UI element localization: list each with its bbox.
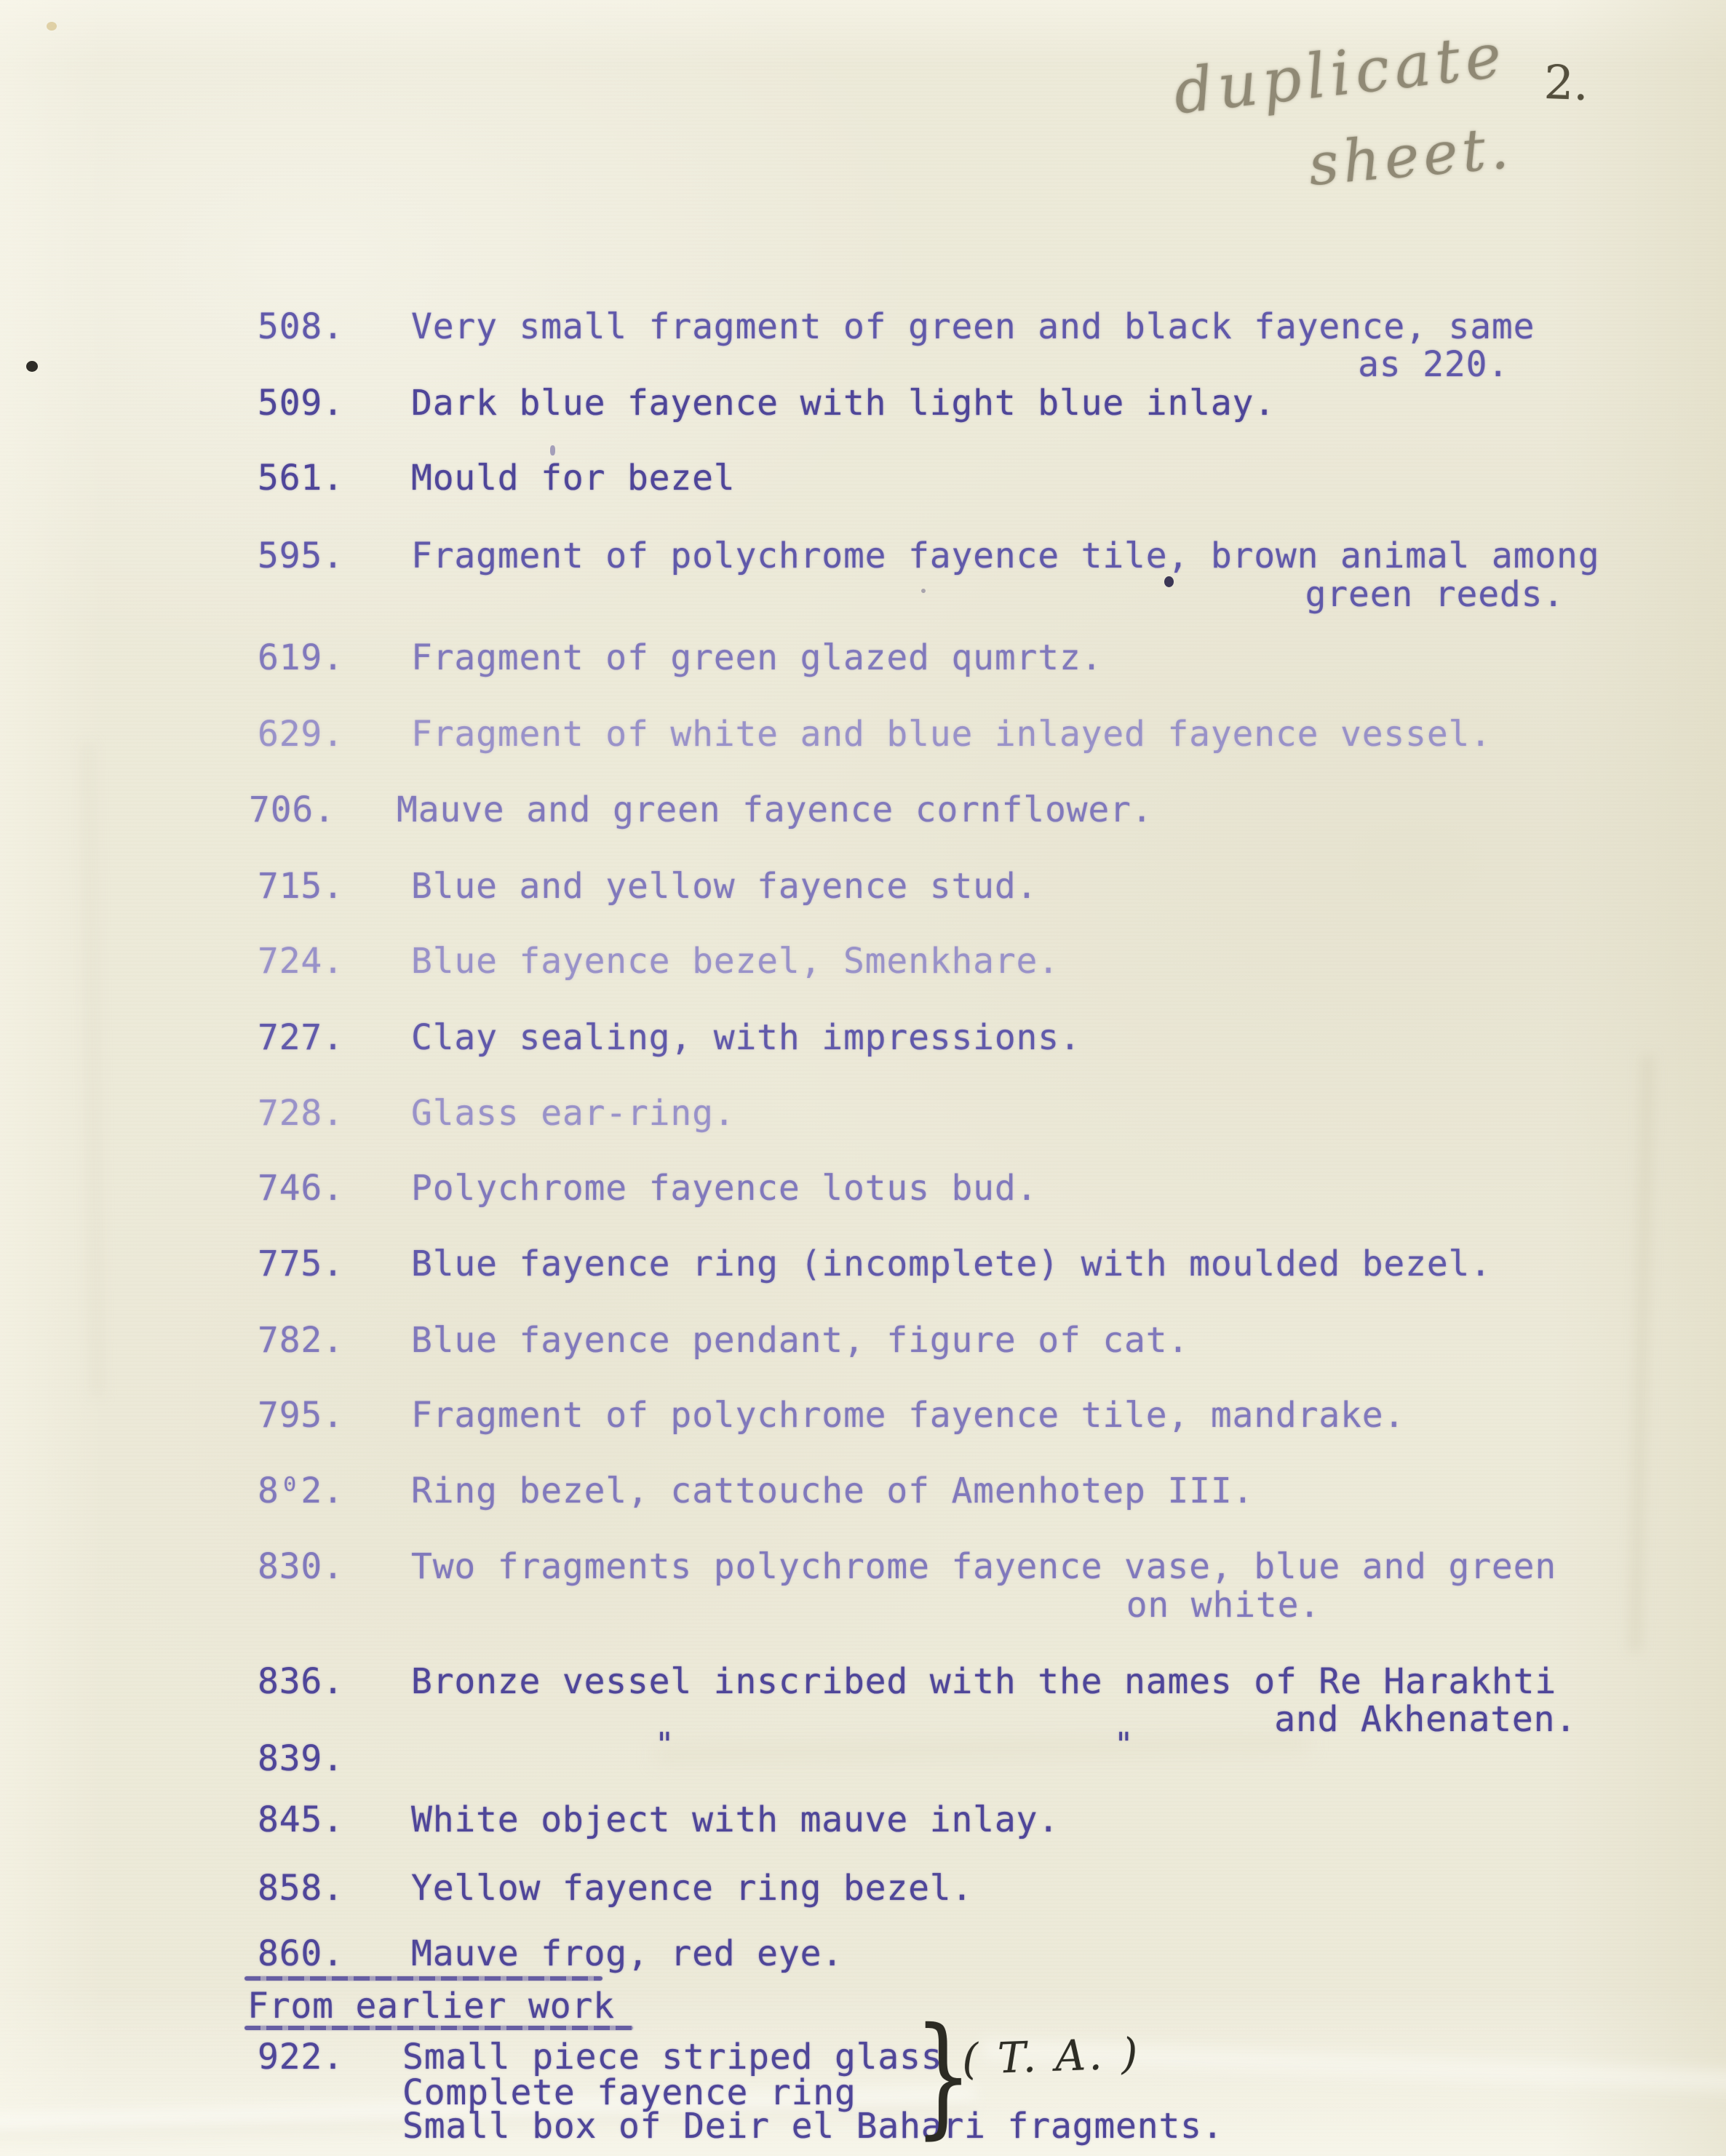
entry-description: Fragment of polychrome fayence tile, bro…: [411, 536, 1599, 576]
entry-number: 860.: [258, 1934, 344, 1973]
entry-number: 795.: [258, 1396, 344, 1435]
ditto-mark: ": [1114, 1726, 1134, 1763]
entry-description: Two fragments polychrome fayence vase, b…: [411, 1547, 1556, 1586]
entry-number: 706.: [249, 790, 335, 830]
entry-number: 782.: [258, 1321, 344, 1360]
entry-number: 619.: [258, 638, 344, 677]
entry-description: Ring bezel, cattouche of Amenhotep III.: [411, 1471, 1254, 1511]
entry-description: Bronze vessel inscribed with the names o…: [411, 1662, 1556, 1701]
ink-speck: [921, 589, 926, 593]
entry-description: Blue fayence bezel, Smenkhare.: [411, 942, 1059, 981]
entry-number: 715.: [258, 867, 344, 906]
entry-description: Mould for bezel: [411, 458, 735, 498]
entry-description: Yellow fayence ring bezel.: [411, 1869, 973, 1908]
entry-description: Very small fragment of green and black f…: [411, 307, 1535, 346]
section-header: From earlier work: [247, 1986, 615, 2026]
entry-description: Glass ear-ring.: [411, 1094, 735, 1133]
entry-number: 8⁰2.: [258, 1471, 344, 1511]
entry-number: 839.: [258, 1739, 344, 1778]
entry-description: Blue and yellow fayence stud.: [411, 867, 1038, 906]
ta-annotation: ( T. A. ): [961, 2029, 1142, 2085]
entry-description-continuation: on white.: [1126, 1586, 1321, 1625]
entry-description: Mauve frog, red eye.: [411, 1934, 843, 1973]
entry-number: 595.: [258, 536, 344, 576]
entry-number: 629.: [258, 715, 344, 754]
entry-number: 727.: [258, 1018, 344, 1057]
entry-number: 845.: [258, 1800, 344, 1839]
entry-number: 724.: [258, 942, 344, 981]
entry-number: 830.: [258, 1547, 344, 1586]
entry-description-continuation: green reeds.: [1305, 575, 1564, 614]
section-header-overline: [244, 1976, 602, 1981]
entry-description: Blue fayence pendant, figure of cat.: [411, 1321, 1189, 1360]
entry-description: White object with mauve inlay.: [411, 1800, 1059, 1839]
paper-speck: [47, 22, 57, 31]
entry-description: Small piece striped glass: [402, 2037, 942, 2077]
entry-number: 922.: [258, 2037, 344, 2077]
entry-description: Mauve and green fayence cornflower.: [397, 790, 1153, 830]
entry-number: 508.: [258, 307, 344, 346]
entry-description: Polychrome fayence lotus bud.: [411, 1169, 1038, 1208]
entry-number: 836.: [258, 1662, 344, 1701]
ink-speck: [1164, 576, 1174, 587]
entry-description: Small box of Deir el Bahari fragments.: [402, 2107, 1224, 2146]
entry-description: Clay sealing, with impressions.: [411, 1018, 1081, 1057]
entry-description: Fragment of white and blue inlayed fayen…: [411, 715, 1492, 754]
ink-speck: [26, 361, 38, 372]
entry-description-continuation: and Akhenaten.: [1274, 1700, 1577, 1739]
entry-description: Fragment of green glazed qumrtz.: [411, 638, 1102, 677]
entry-number: 509.: [258, 383, 344, 423]
entry-description: Fragment of polychrome fayence tile, man…: [411, 1396, 1405, 1435]
entry-number: 561.: [258, 458, 344, 498]
page-number: 2.: [1543, 56, 1590, 111]
ditto-mark: ": [655, 1726, 675, 1763]
scanned-document-page: { "page": { "annotations": { "pencil_not…: [0, 0, 1726, 2156]
entry-number: 746.: [258, 1169, 344, 1208]
entry-description: Blue fayence ring (incomplete) with moul…: [411, 1244, 1492, 1284]
entry-description: Dark blue fayence with light blue inlay.: [411, 383, 1276, 423]
entry-description-continuation: as 220.: [1358, 345, 1509, 384]
entry-number: 858.: [258, 1869, 344, 1908]
section-header-underline: [244, 2026, 633, 2030]
ink-speck: [550, 445, 555, 456]
entry-number: 728.: [258, 1094, 344, 1133]
entry-number: 775.: [258, 1244, 344, 1284]
